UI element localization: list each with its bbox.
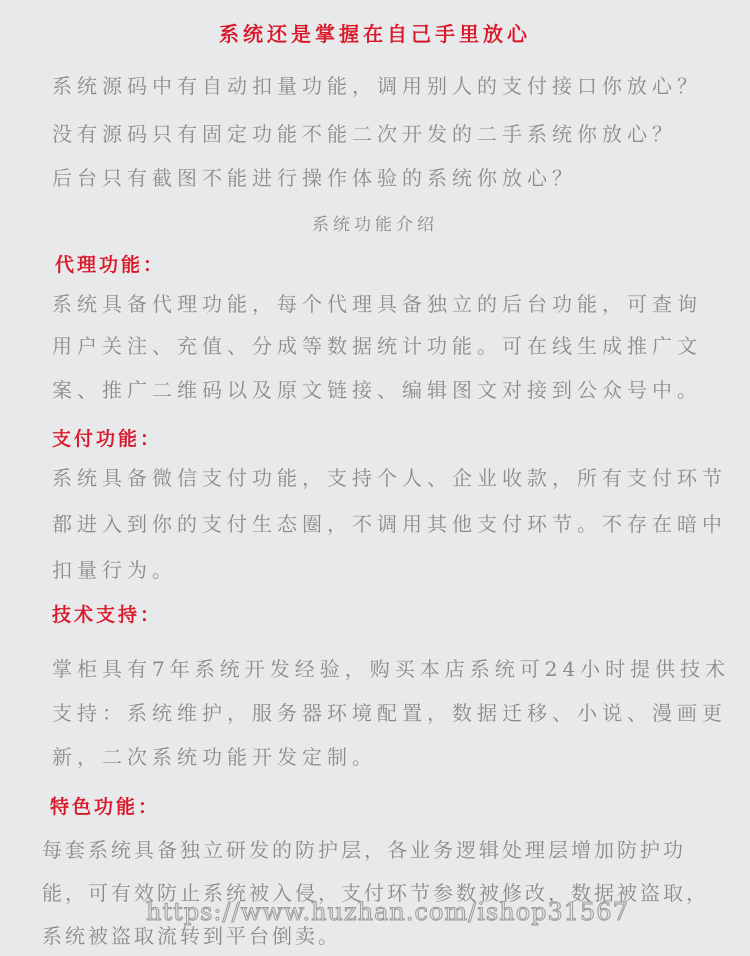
heading-agent-features: 代理功能： — [55, 250, 165, 277]
featured-line-1: 每套系统具备独立研发的防护层，各业务逻辑处理层增加防护功 — [42, 834, 686, 863]
support-line-2: 支持：系统维护，服务器环境配置，数据迁移、小说、漫画更 — [52, 697, 727, 726]
support-line-1: 掌柜具有7年系统开发经验，购买本店系统可24小时提供技术 — [52, 653, 730, 682]
payment-line-2: 都进入到你的支付生态圈，不调用其他支付环节。不存在暗中 — [52, 508, 727, 537]
question-1: 系统源码中有自动扣量功能，调用别人的支付接口你放心？ — [52, 70, 702, 99]
section-subtitle: 系统功能介绍 — [0, 210, 750, 235]
page-title: 系统还是掌握在自己手里放心 — [0, 18, 750, 47]
heading-tech-support: 技术支持： — [52, 600, 162, 627]
payment-line-1: 系统具备微信支付功能，支持个人、企业收款，所有支付环节 — [52, 462, 727, 491]
agent-line-3: 案、推广二维码以及原文链接、编辑图文对接到公众号中。 — [52, 374, 702, 403]
question-3: 后台只有截图不能进行操作体验的系统你放心？ — [52, 162, 577, 191]
question-2: 没有源码只有固定功能不能二次开发的二手系统你放心？ — [52, 118, 677, 147]
heading-payment-features: 支付功能： — [52, 424, 162, 451]
payment-line-3: 扣量行为。 — [52, 554, 177, 583]
agent-line-1: 系统具备代理功能，每个代理具备独立的后台功能，可查询 — [52, 288, 702, 317]
heading-featured-functions: 特色功能： — [50, 792, 160, 819]
support-line-3: 新，二次系统功能开发定制。 — [52, 741, 377, 770]
agent-line-2: 用户关注、充值、分成等数据统计功能。可在线生成推广文 — [52, 330, 702, 359]
watermark-url: https://www.huzhan.com/ishop31567 — [146, 898, 629, 926]
